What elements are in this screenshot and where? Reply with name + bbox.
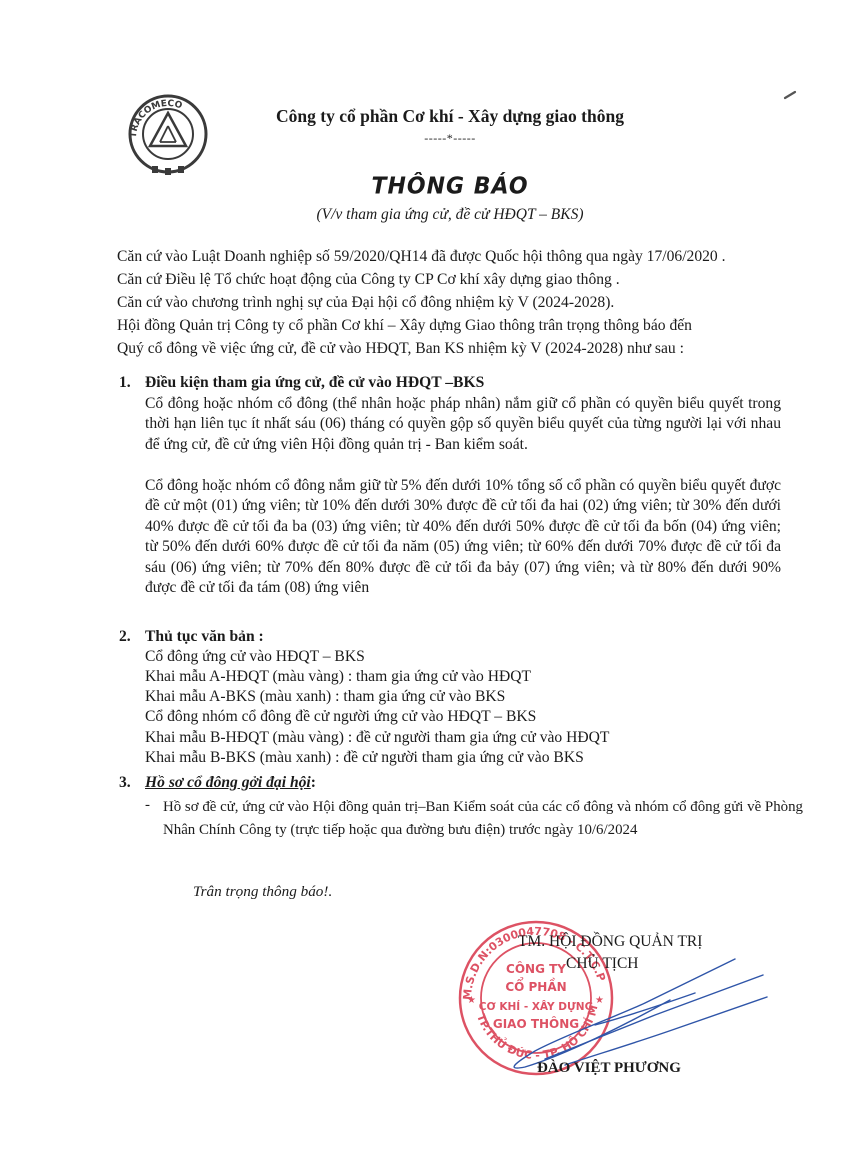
section-2-line: Khai mẫu A-HĐQT (màu vàng) : tham gia ứn… — [145, 668, 531, 686]
section-1-paragraph: Cổ đông hoặc nhóm cổ đông (thể nhân hoặc… — [145, 394, 781, 455]
document-subtitle: (V/v tham gia ứng cử, đề cử HĐQT – BKS) — [230, 206, 670, 224]
svg-text:★: ★ — [467, 995, 476, 1006]
section-3-text: Hồ sơ đề cử, ứng cử vào Hội đồng quản tr… — [163, 796, 803, 841]
signatory-name: ĐÀO VIỆT PHƯƠNG — [537, 1060, 681, 1077]
section-3-heading-suffix: : — [311, 774, 316, 791]
preamble-line: Hội đồng Quản trị Công ty cổ phần Cơ khí… — [117, 317, 692, 335]
section-2-line: Khai mẫu A-BKS (màu xanh) : tham gia ứng… — [145, 688, 505, 706]
document-title: THÔNG BÁO — [230, 173, 670, 199]
section-2-line: Khai mẫu B-HĐQT (màu vàng) : đề cử người… — [145, 729, 609, 747]
company-name: Công ty cổ phần Cơ khí - Xây dựng giao t… — [230, 106, 670, 127]
section-2-line: Khai mẫu B-BKS (màu xanh) : đề cử người … — [145, 749, 584, 767]
section-2-heading: Thủ tục văn bản : — [145, 628, 264, 646]
preamble-line: Căn cứ Điều lệ Tổ chức hoạt động của Côn… — [117, 271, 620, 289]
section-3-heading-wrap: Hồ sơ cổ đông gởi đại hội: — [145, 774, 316, 792]
company-logo-icon: TRACOMECO — [122, 88, 214, 180]
closing-text: Trân trọng thông báo!. — [193, 883, 332, 901]
signature-role: TM. HỘI ĐỒNG QUẢN TRỊ — [518, 933, 702, 951]
handwritten-signature-icon — [505, 955, 775, 1075]
section-3-number: 3. — [119, 774, 131, 792]
header-divider: -----*----- — [230, 131, 670, 146]
preamble-line: Căn cứ vào chương trình nghị sự của Đại … — [117, 294, 614, 312]
section-3-bullet: - — [145, 797, 150, 814]
section-2-line: Cổ đông nhóm cổ đông đề cử người ứng cử … — [145, 708, 536, 726]
section-1-paragraph: Cổ đông hoặc nhóm cổ đông nắm giữ từ 5% … — [145, 476, 781, 598]
section-1-heading: Điều kiện tham gia ứng cử, đề cử vào HĐQ… — [145, 374, 484, 392]
pen-mark-icon — [783, 90, 797, 100]
preamble-line: Căn cứ vào Luật Doanh nghiệp số 59/2020/… — [117, 248, 726, 266]
preamble-line: Quý cổ đông về việc ứng cử, đề cử vào HĐ… — [117, 340, 684, 358]
section-3-heading: Hồ sơ cổ đông gởi đại hội — [145, 774, 311, 791]
section-1-number: 1. — [119, 374, 131, 392]
section-2-line: Cổ đông ứng cử vào HĐQT – BKS — [145, 648, 365, 666]
section-2-number: 2. — [119, 628, 131, 646]
